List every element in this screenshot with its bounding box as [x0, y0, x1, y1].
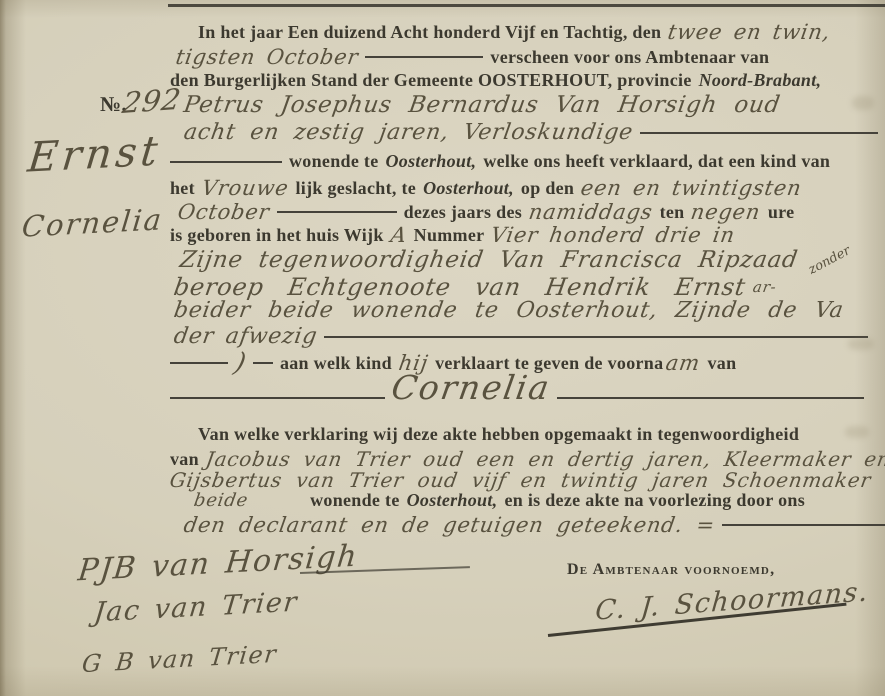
printed-text: den Burgerlijken Stand der Gemeente OOST… — [170, 70, 692, 91]
act-number: №.292 — [100, 84, 181, 118]
signature-witness2: G B van Trier — [81, 640, 278, 678]
printed-text: welke ons heeft verklaard, dat een kind … — [483, 151, 830, 172]
handwritten-birth-day: een en twintigsten — [579, 176, 803, 200]
body-line-8: October dezes jaars des namiddags ten ne… — [170, 200, 872, 224]
body-line-6: wonende te Oosterhout, welke ons heeft v… — [170, 151, 864, 172]
printed-text: is geboren in het huis Wijk — [170, 225, 384, 246]
printed-text: en is deze akte na voorlezing door ons — [504, 490, 805, 511]
handwritten-declarant-name: Petrus Josephus Bernardus Van Horsigh ou… — [182, 92, 782, 118]
body-line-18: Gijsbertus van Trier oud vijf en twintig… — [170, 468, 864, 492]
filler-rule — [640, 132, 878, 134]
top-border-rule — [168, 4, 885, 7]
handwritten-daypart: namiddags — [527, 200, 654, 224]
body-line-11: beroep Echtgenoote van Hendrik Ernst ar- — [170, 273, 868, 301]
body-line-4: Petrus Josephus Bernardus Van Horsigh ou… — [170, 92, 878, 118]
handwritten-house-number: Vier honderd drie in — [490, 223, 738, 247]
handwritten-birth-month: October — [176, 200, 271, 224]
printed-text: ten — [660, 202, 685, 223]
handwritten-witness2: Gijsbertus van Trier oud vijf en twintig… — [168, 468, 873, 492]
printed-text: het — [170, 178, 195, 199]
body-line-20: den declarant en de getuigen geteekend. … — [170, 513, 878, 537]
body-line-15: Cornelia — [170, 370, 864, 404]
margin-child-surname: Ernst — [27, 127, 163, 182]
handwritten-signing-clause: den declarant en de getuigen geteekend. … — [182, 513, 717, 537]
body-line-19: beide wonende te Oosterhout, en is deze … — [170, 490, 885, 511]
ink-bleed-mark — [848, 338, 874, 350]
ink-bleed-mark — [845, 426, 869, 438]
printed-text: op den — [521, 178, 574, 199]
printed-text: Nummer — [414, 225, 485, 246]
printed-place: Oosterhout, — [407, 490, 498, 511]
filler-rule — [324, 336, 868, 338]
handwritten-father-absent: der afwezig — [172, 324, 319, 349]
printed-text: van — [170, 449, 199, 470]
body-line-5: acht en zestig jaren, Verloskundige — [170, 120, 878, 145]
body-line-12: beider beide wonende te Oosterhout, Zijn… — [170, 298, 868, 323]
printed-text: dezes jaars des — [404, 202, 522, 223]
printed-text: wonende te — [289, 151, 379, 172]
handwritten-date-part2: tigsten October — [174, 45, 360, 69]
handwritten-hour: negen — [690, 200, 763, 224]
filler-rule — [170, 161, 282, 163]
filler-rule — [170, 362, 228, 364]
filler-rule — [253, 362, 273, 364]
handwritten-insert-ar: ar- — [751, 278, 777, 296]
printed-text: wonende te — [310, 490, 400, 511]
body-line-2: tigsten October verscheen voor ons Ambte… — [170, 45, 870, 69]
printed-place: Oosterhout, — [386, 151, 477, 172]
body-line-9: is geboren in het huis Wijk A Nummer Vie… — [170, 223, 864, 247]
handwritten-residence: beider beide wonende te Oosterhout, Zijn… — [172, 298, 846, 323]
filler-rule — [277, 211, 397, 213]
birth-certificate-page: №.292 Ernst Cornelia In het jaar Een dui… — [0, 0, 885, 696]
signature-official: C. J. Schoormans. — [594, 576, 870, 626]
body-line-16: Van welke verklaring wij deze akte hebbe… — [170, 424, 885, 445]
printed-text: verscheen voor ons Ambtenaar van — [490, 47, 769, 68]
handwritten-father-name: beroep Echtgenoote van Hendrik Ernst — [172, 273, 748, 301]
body-line-3: den Burgerlijken Stand der Gemeente OOST… — [170, 70, 864, 91]
ink-bleed-mark — [852, 96, 874, 110]
signature-declarant: PJB van Horsigh — [77, 539, 359, 589]
printed-text: ure — [768, 202, 795, 223]
filler-rule — [722, 524, 885, 526]
handwritten-mother-name: Zijne tegenwoordigheid Van Francisca Rip… — [178, 247, 800, 273]
filler-rule — [170, 397, 385, 399]
printed-text: Van welke verklaring wij deze akte hebbe… — [198, 424, 799, 445]
handwritten-wijk-letter: A — [389, 223, 409, 247]
printed-text: lijk geslacht, te — [295, 178, 416, 199]
handwritten-sex: Vrouwe — [200, 176, 290, 200]
printed-text: In het jaar Een duizend Acht honderd Vij… — [198, 22, 661, 43]
body-line-1: In het jaar Een duizend Acht honderd Vij… — [170, 20, 885, 44]
handwritten-declarant-age-profession: acht en zestig jaren, Verloskundige — [182, 120, 635, 145]
body-line-7: het Vrouwe lijk geslacht, te Oosterhout,… — [170, 176, 864, 200]
filler-rule — [557, 397, 864, 399]
official-title: De Ambtenaar voornoemd, — [567, 561, 775, 579]
printed-province: Noord-Brabant, — [699, 70, 822, 91]
handwritten-child-name: Cornelia — [389, 368, 554, 407]
printed-place: Oosterhout, — [423, 178, 514, 199]
margin-child-given-name: Cornelia — [21, 202, 164, 243]
signature-witness1: Jac van Trier — [93, 587, 298, 629]
body-line-10: Zijne tegenwoordigheid Van Francisca Rip… — [170, 247, 874, 273]
handwritten-beide: beide — [192, 490, 249, 511]
filler-rule — [365, 56, 483, 58]
body-line-13: der afwezig — [170, 324, 868, 349]
handwritten-date-part1: twee en twin, — [666, 20, 832, 44]
